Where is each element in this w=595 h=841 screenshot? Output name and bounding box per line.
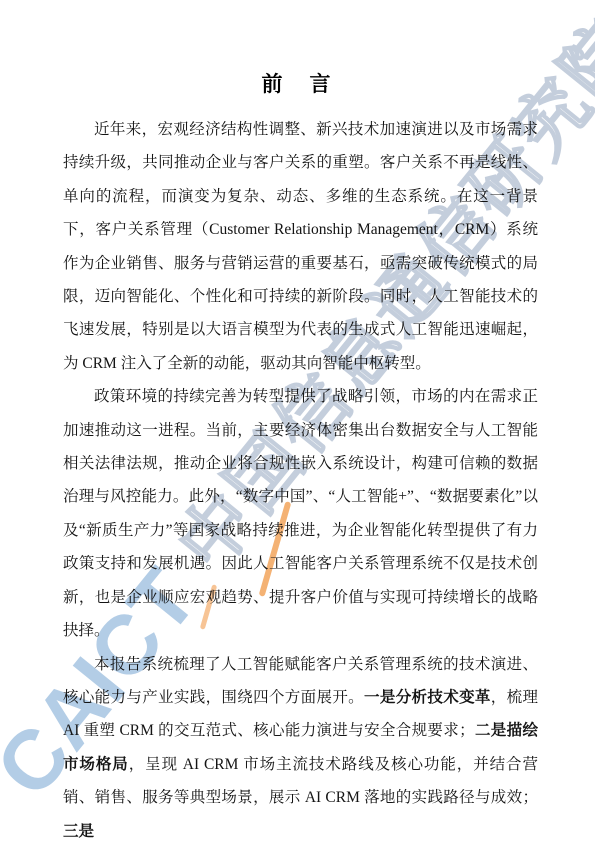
- document-page: CAICT 中国信息通信研究院 前 言 近年来，宏观经济结构性调整、新兴技术加速…: [0, 0, 595, 841]
- paragraph-3-run-bold: 三是: [63, 823, 94, 840]
- paragraph-2-run: 政策环境的持续完善为转型提供了战略引领，市场的内在需求正加速推动这一进程。当前，…: [63, 388, 538, 639]
- page-title: 前 言: [0, 0, 595, 98]
- paragraph-3-run: ，呈现 AI CRM 市场主流技术路线及核心功能，并结合营销、销售、服务等典型场…: [63, 756, 538, 806]
- paragraph-3-run-bold: 一是分析技术变革: [364, 689, 491, 706]
- paragraph-1: 近年来，宏观经济结构性调整、新兴技术加速演进以及市场需求持续升级，共同推动企业与…: [63, 113, 538, 380]
- paragraph-1-run: 近年来，宏观经济结构性调整、新兴技术加速演进以及市场需求持续升级，共同推动企业与…: [63, 121, 538, 372]
- paragraph-3: 本报告系统梳理了人工智能赋能客户关系管理系统的技术演进、核心能力与产业实践，围绕…: [63, 648, 538, 841]
- paragraph-2: 政策环境的持续完善为转型提供了战略引领，市场的内在需求正加速推动这一进程。当前，…: [63, 380, 538, 647]
- document-content: 前 言 近年来，宏观经济结构性调整、新兴技术加速演进以及市场需求持续升级，共同推…: [0, 0, 595, 841]
- body-text-block: 近年来，宏观经济结构性调整、新兴技术加速演进以及市场需求持续升级，共同推动企业与…: [0, 98, 595, 841]
